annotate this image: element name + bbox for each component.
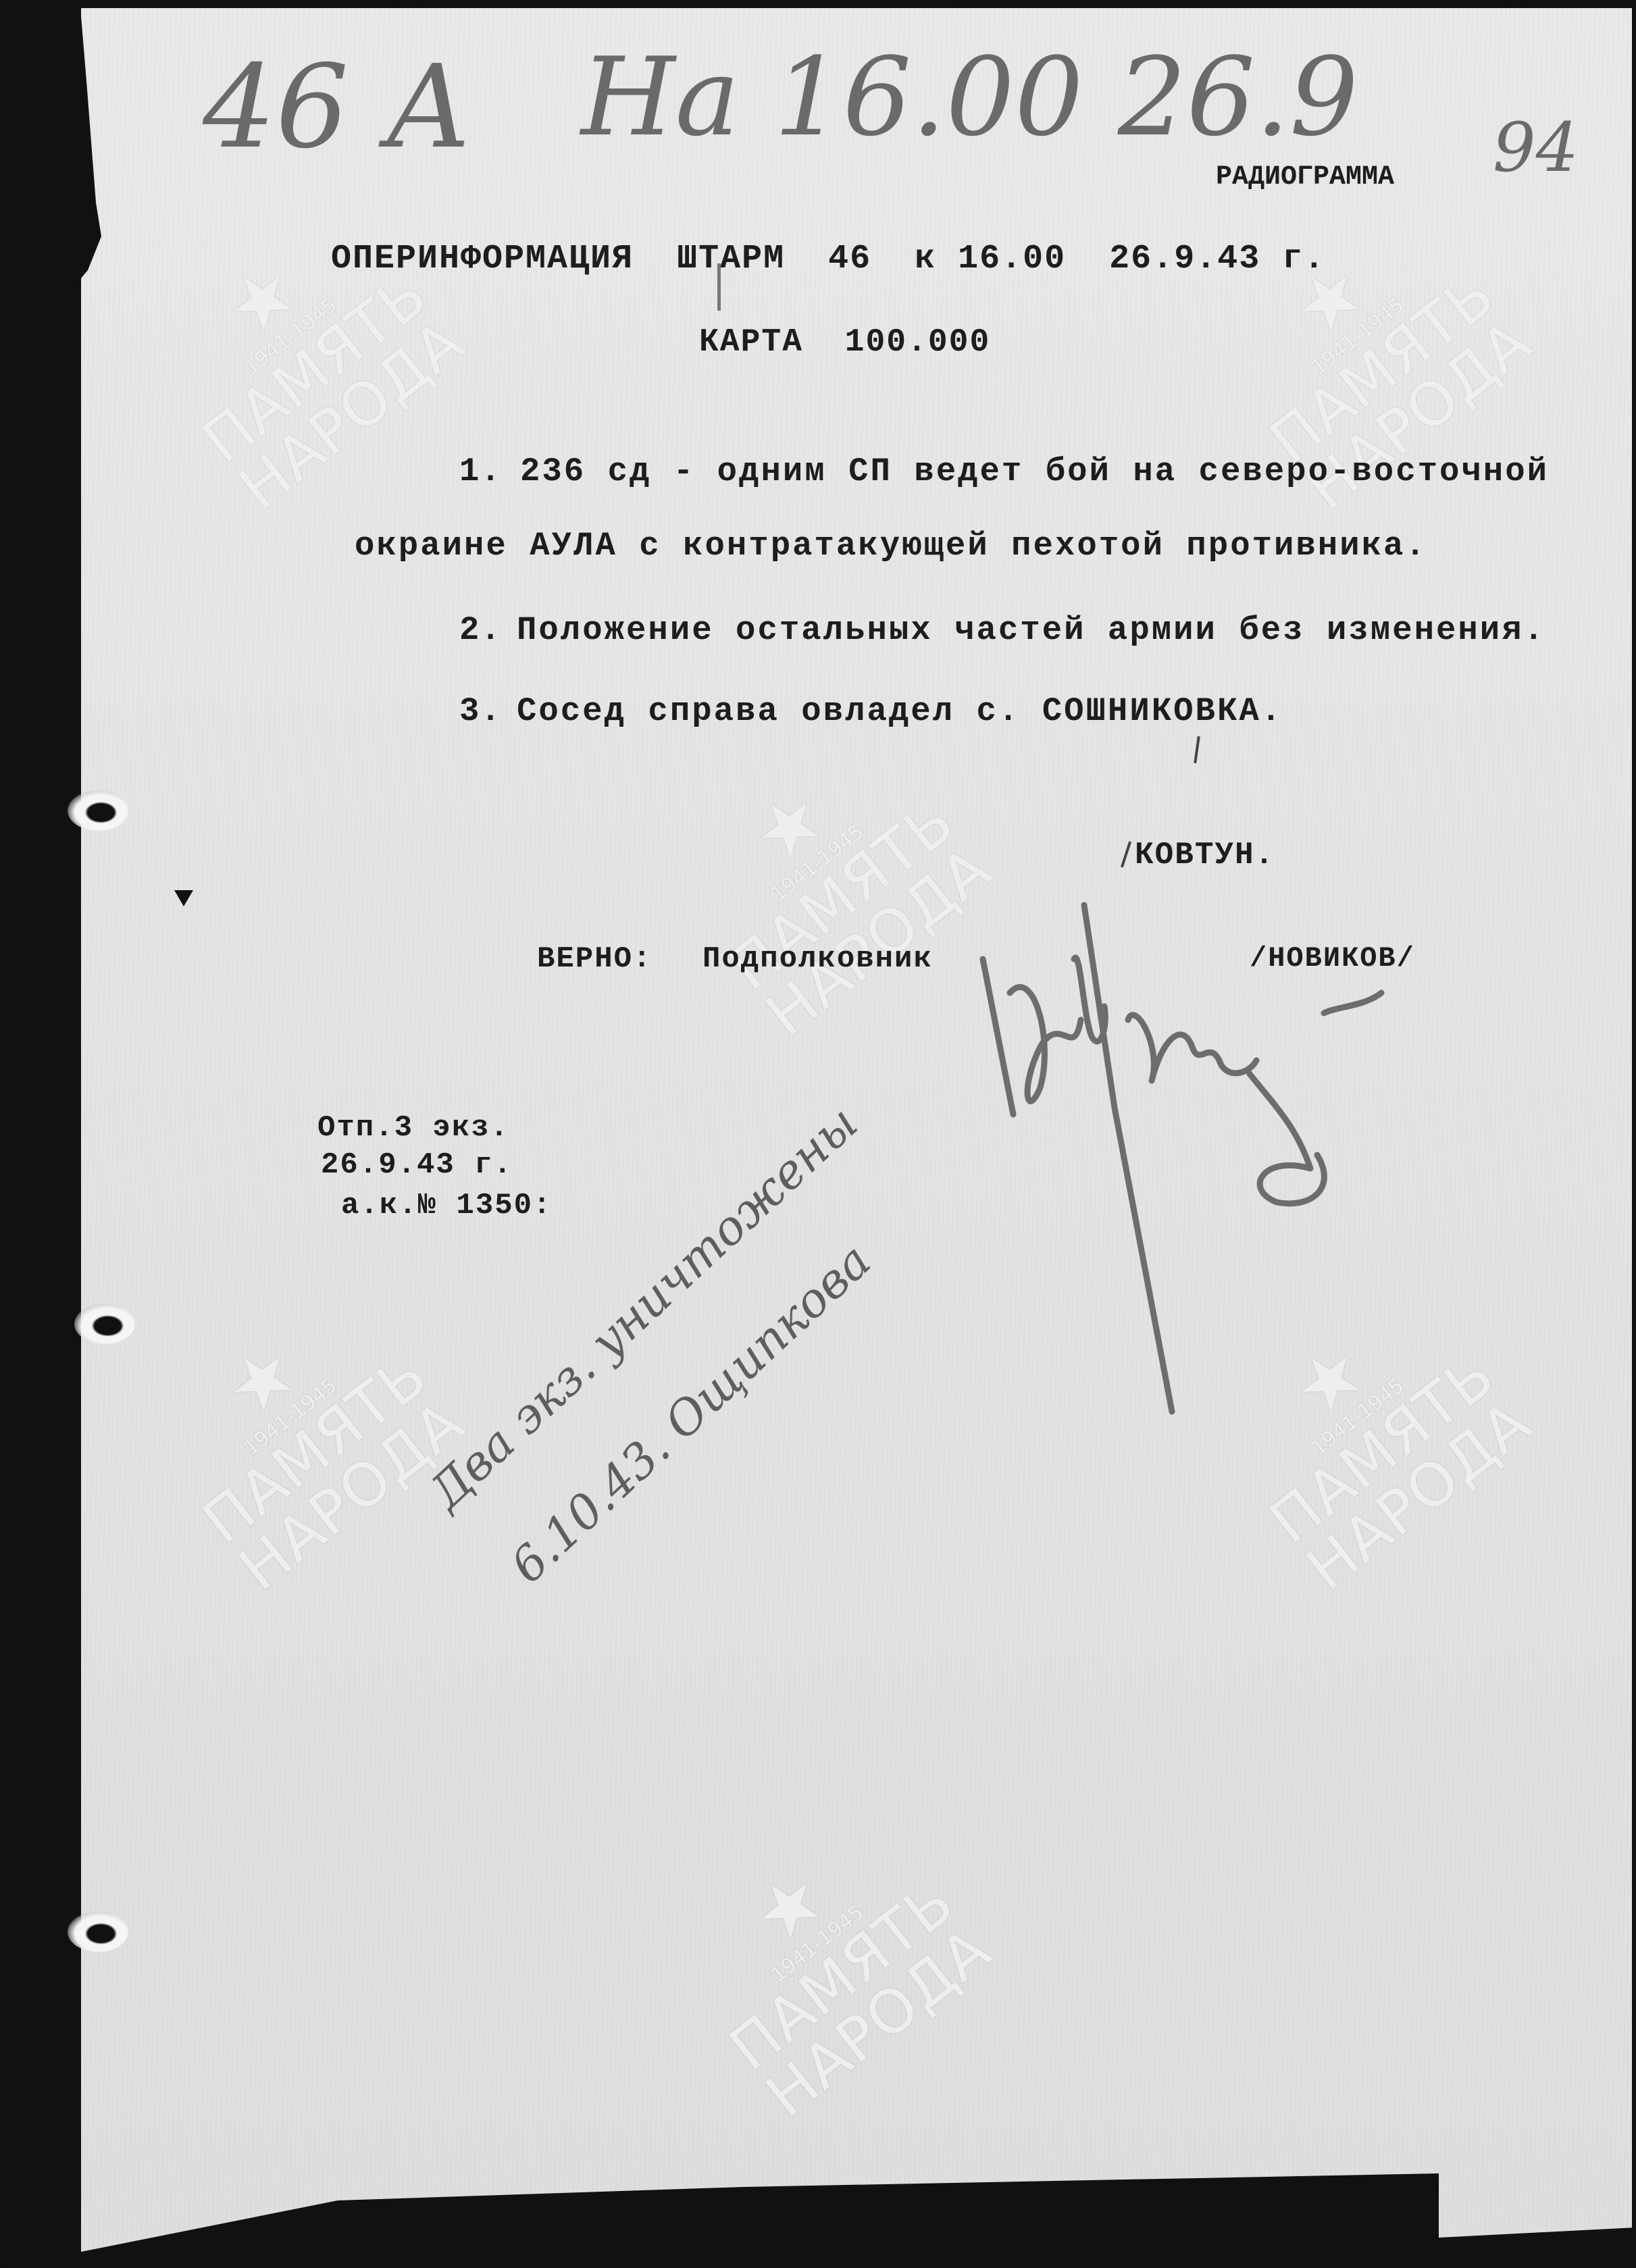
scan-border-right (1632, 0, 1636, 2268)
hole-fragment (174, 890, 193, 906)
document-title: ОПЕРИНФОРМАЦИЯ ШТАРМ 46 к 16.00 26.9.43 … (331, 240, 1325, 278)
paragraph-1-line-2: окраине АУЛА с контратакующей пехотой пр… (355, 527, 1427, 565)
archive-reference: а.к.№ 1350: (341, 1189, 552, 1222)
paragraph-1-line-1: 236 сд - одним СП ведет бой на северо-во… (520, 453, 1549, 490)
handwritten-date-time: На 16.00 26.9 (581, 34, 1358, 160)
punch-hole (74, 1304, 135, 1344)
scan-border-top (81, 0, 1636, 8)
copies-date: 26.9.43 г. (321, 1148, 513, 1182)
verification-rank: Подполковник (702, 942, 933, 976)
document-type-stamp: РАДИОГРАММА (1216, 162, 1394, 192)
page-number: 94 (1493, 108, 1579, 187)
copies-note: Отп.3 экз. (317, 1111, 509, 1145)
stray-mark (717, 263, 721, 311)
punch-hole (68, 1911, 128, 1952)
punch-hole (68, 790, 128, 831)
paragraph-2-line-1: Положение остальных частей армии без изм… (517, 611, 1545, 649)
signature (959, 885, 1500, 1479)
map-reference: КАРТА 100.000 (699, 324, 990, 361)
paragraph-2-number: 2. (459, 611, 502, 649)
verification-label: ВЕРНО: (537, 942, 652, 976)
signatory-name: КОВТУН. (1135, 837, 1275, 873)
paragraph-3-number: 3. (459, 692, 502, 730)
paragraph-1-number: 1. (459, 453, 502, 490)
paragraph-3-line-1: Сосед справа овладел с. СОШНИКОВКА. (517, 692, 1283, 730)
handwritten-army-number: 46 А (203, 41, 472, 174)
